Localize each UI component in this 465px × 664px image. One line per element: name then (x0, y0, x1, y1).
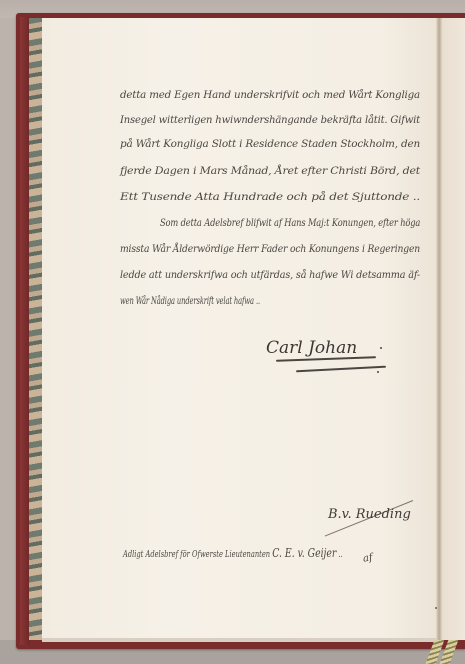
paraph-mark: af (362, 552, 373, 565)
footer-annotation: Adligt Adelsbref för Ofwerste Lieutenant… (123, 545, 343, 560)
signature-dot (380, 347, 382, 349)
countersignature: B.v. Rueding (328, 507, 411, 522)
facing-page-edge (442, 18, 465, 640)
page-bottom-edge (42, 638, 440, 642)
marbled-endpaper (29, 18, 43, 640)
footer-suffix: .. (339, 550, 343, 560)
text-line: missta Wår Ålderwördige Herr Fader och K… (120, 243, 420, 255)
text-line: Insegel witterligen hwiwndershängande be… (120, 114, 420, 126)
footer-prefix: Adligt Adelsbref för Ofwerste Lieutenant… (123, 550, 270, 560)
text-line: wen Wår Nådiga underskrift velat hafwa .… (120, 295, 260, 307)
text-line: Ett Tusende Atta Hundrade och på det Sju… (120, 191, 420, 203)
signature-dot (377, 371, 379, 373)
footer-name: C. E. v. Geijer (272, 545, 336, 560)
text-line: ledde att underskrifwa och utfärdas, så … (120, 269, 420, 281)
ink-speck (435, 607, 437, 609)
royal-signature: Carl Johan (266, 338, 357, 358)
text-line: Som detta Adelsbref blifwit af Hans Maj:… (160, 217, 420, 229)
text-line: på Wårt Kongliga Slott i Residence Stade… (120, 138, 420, 150)
text-line: detta med Egen Hand underskrifvit och me… (120, 89, 420, 101)
text-line: fjerde Dagen i Mars Månad, Året efter Ch… (120, 165, 420, 177)
